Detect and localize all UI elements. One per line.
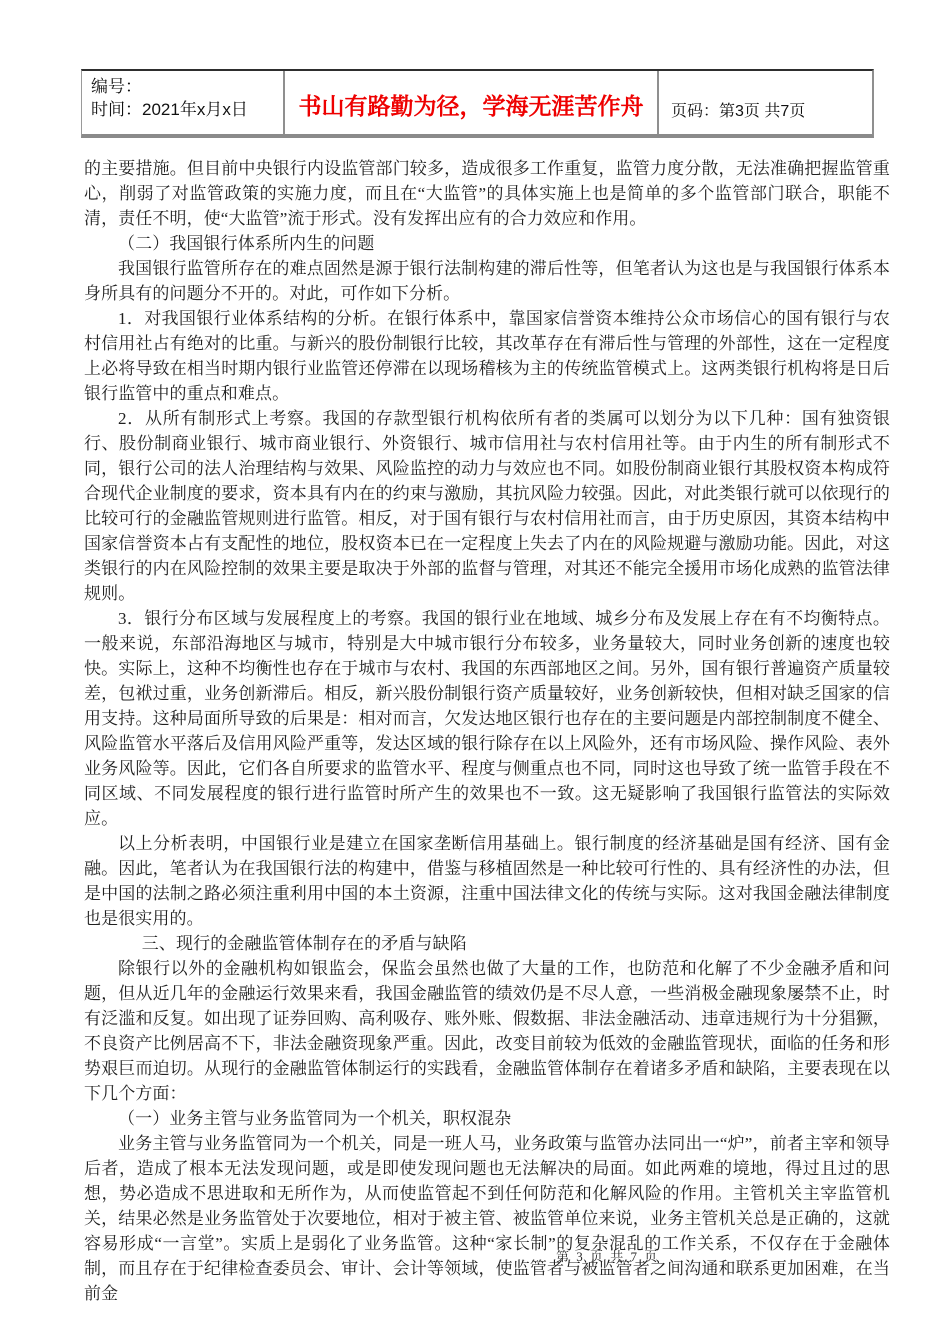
header-cell-page: 页码：第3页 共7页 — [657, 71, 870, 134]
section-heading-3: 三、现行的金融监管体制存在的矛盾与缺陷 — [84, 931, 890, 956]
footer-page-number: 第 3 页 共 7 页 — [556, 1246, 659, 1265]
header-table: 编号： 时间：2021年x月x日 书山有路勤为径，学海无涯苦作舟 页码：第3页 … — [81, 69, 874, 138]
body-paragraph: 3．银行分布区域与发展程度上的考察。我国的银行业在地域、城乡分布及发展上存在有不… — [84, 606, 890, 831]
body-paragraph: 我国银行监管所存在的难点固然是源于银行法制构建的滞后性等，但笔者认为这也是与我国… — [84, 256, 890, 306]
body-paragraph-continuation: 的主要措施。但目前中央银行内设监管部门较多，造成很多工作重复，监管力度分散，无法… — [84, 156, 890, 231]
body-paragraph: 2．从所有制形式上考察。我国的存款型银行机构依所有者的类属可以划分为以下几种：国… — [84, 406, 890, 606]
page-number-label: 页码：第3页 共7页 — [671, 103, 805, 120]
motto-text: 书山有路勤为径，学海无涯苦作舟 — [299, 84, 644, 121]
section-heading-1: （一）业务主管与业务监管同为一个机关，职权混杂 — [84, 1106, 890, 1131]
body-paragraph: 业务主管与业务监管同为一个机关，同是一班人马，业务政策与监管办法同出一“炉”，前… — [84, 1131, 890, 1306]
header-cell-meta: 编号： 时间：2021年x月x日 — [82, 71, 283, 134]
body-paragraph: 除银行以外的金融机构如银监会，保监会虽然也做了大量的工作，也防范和化解了不少金融… — [84, 956, 890, 1106]
doc-date-label: 时间：2021年x月x日 — [91, 98, 283, 121]
header-cell-motto: 书山有路勤为径，学海无涯苦作舟 — [283, 71, 657, 134]
body-paragraph: 以上分析表明，中国银行业是建立在国家垄断信用基础上。银行制度的经济基础是国有经济… — [84, 831, 890, 931]
document-page: 编号： 时间：2021年x月x日 书山有路勤为径，学海无涯苦作舟 页码：第3页 … — [0, 0, 950, 1344]
body-paragraph: 1．对我国银行业体系结构的分析。在银行体系中，靠国家信誉资本维持公众市场信心的国… — [84, 306, 890, 406]
doc-number-label: 编号： — [91, 75, 283, 98]
document-body: 的主要措施。但目前中央银行内设监管部门较多，造成很多工作重复，监管力度分散，无法… — [84, 156, 890, 1306]
section-heading-2: （二）我国银行体系所内生的问题 — [84, 231, 890, 256]
